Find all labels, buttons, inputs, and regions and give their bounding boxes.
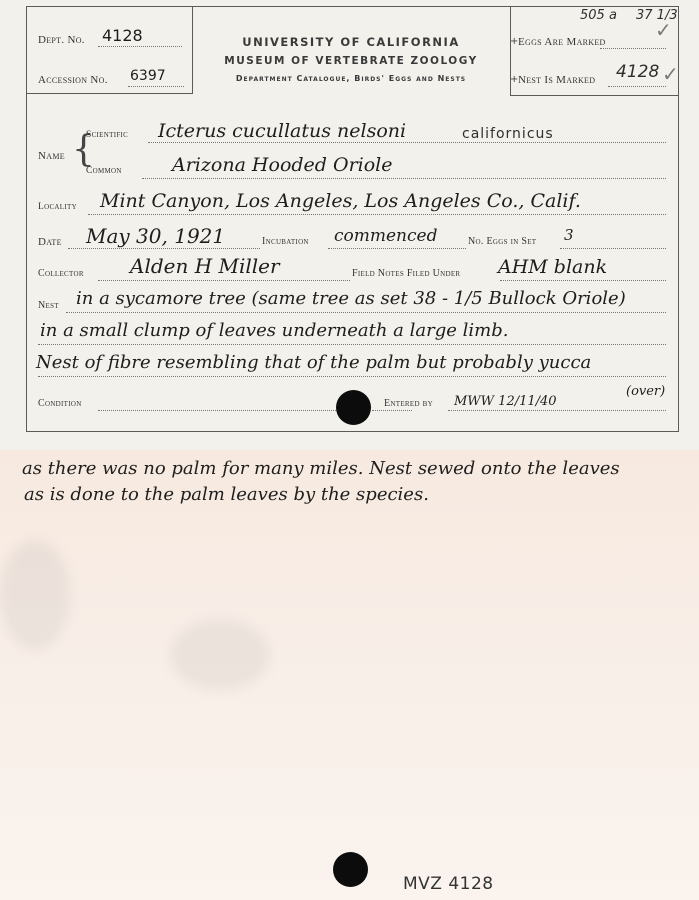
check-mark-icon: ✓ [655, 18, 672, 42]
reverse-text-line-2: as is done to the palm leaves by the spe… [24, 484, 429, 505]
collector-value: Alden H Miller [130, 254, 280, 278]
nest-text-line-2: in a small clump of leaves underneath a … [40, 320, 508, 341]
accession-no-value: 6397 [130, 68, 166, 84]
scientific-line [148, 142, 666, 143]
field-notes-line [500, 280, 666, 281]
common-name-value: Arizona Hooded Oriole [172, 154, 393, 176]
date-label: Date [38, 236, 62, 248]
scientific-label: Scientific [86, 130, 128, 140]
date-line [68, 248, 260, 249]
card-back: as there was no palm for many miles. Nes… [0, 450, 699, 900]
accession-no-label: Accession No. [38, 74, 108, 86]
incubation-value: commenced [334, 226, 437, 246]
collector-line [98, 280, 350, 281]
nest-label: Nest [38, 300, 59, 311]
condition-label: Condition [38, 398, 82, 409]
locality-line [88, 214, 666, 215]
punch-hole-back [333, 852, 368, 887]
eggs-marked-line [600, 48, 666, 49]
eggs-in-set-value: 3 [564, 226, 574, 244]
over-note: (over) [626, 384, 665, 399]
dept-no-label: Dept. No. [38, 34, 85, 46]
fingerprint-smudge [0, 540, 70, 650]
locality-label: Locality [38, 202, 77, 212]
field-notes-label: Field Notes Filed Under [352, 268, 460, 279]
eggs-marked-label: Eggs Are Marked [518, 36, 606, 48]
eggs-in-set-label: No. Eggs in Set [468, 236, 536, 247]
common-label: Common [86, 166, 122, 176]
institution-title: UNIVERSITY OF CALIFORNIA [192, 35, 510, 49]
check-mark-icon: ✓ [662, 62, 679, 86]
eggs-in-set-line [560, 248, 666, 249]
catalog-stamp: MVZ 4128 [403, 874, 494, 894]
nest-text-line-3: Nest of fibre resembling that of the pal… [36, 352, 591, 373]
nest-marked-label: Nest Is Marked [518, 74, 595, 86]
entered-by-value: MWW 12/11/40 [454, 394, 557, 409]
reverse-text-line-1: as there was no palm for many miles. Nes… [22, 458, 620, 479]
scientific-annotation: californicus [462, 126, 554, 142]
common-line [142, 178, 666, 179]
incubation-label: Incubation [262, 236, 309, 247]
dept-no-line [98, 46, 182, 47]
entered-by-leader [372, 410, 412, 411]
nest-marked-value: 4128 [616, 62, 659, 82]
name-label: Name [38, 150, 65, 162]
entered-by-label: Entered by [384, 398, 433, 409]
nest-line-3 [38, 376, 666, 377]
accession-no-line [128, 86, 184, 87]
card-front: Dept. No. 4128 Accession No. 6397 UNIVER… [0, 0, 699, 450]
field-notes-value: AHM blank [498, 256, 607, 278]
condition-line [98, 410, 338, 411]
date-value: May 30, 1921 [86, 224, 225, 248]
entered-by-line [448, 410, 666, 411]
scientific-name-value: Icterus cucullatus nelsoni [158, 120, 406, 142]
nest-text-line-1: in a sycamore tree (same tree as set 38 … [76, 288, 626, 309]
nest-line-2 [38, 344, 666, 345]
incubation-line [328, 248, 466, 249]
punch-hole-front [336, 390, 371, 425]
nest-marked-line [608, 86, 666, 87]
dept-no-value: 4128 [102, 26, 143, 45]
top-note-505a: 505 a [580, 8, 617, 23]
collector-label: Collector [38, 268, 84, 279]
museum-title: MUSEUM OF VERTEBRATE ZOOLOGY [192, 55, 510, 67]
nest-line-1 [66, 312, 666, 313]
catalogue-subtitle: Department Catalogue, Birds' Eggs and Ne… [192, 74, 510, 83]
fingerprint-smudge [170, 620, 270, 690]
locality-value: Mint Canyon, Los Angeles, Los Angeles Co… [100, 190, 581, 212]
